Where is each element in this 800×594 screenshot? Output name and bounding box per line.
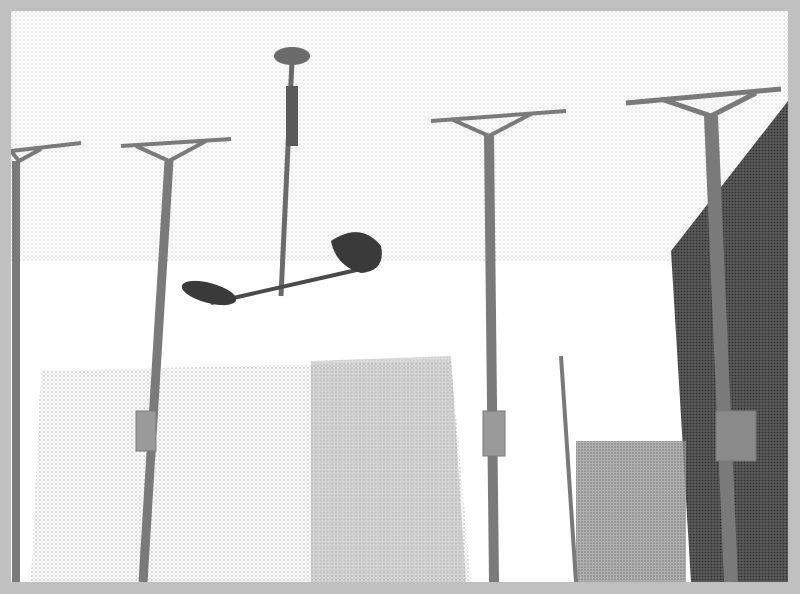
photo-scene xyxy=(11,11,788,582)
photo-frame xyxy=(11,11,788,582)
ceiling xyxy=(11,11,788,261)
back-cabinet xyxy=(576,441,686,582)
